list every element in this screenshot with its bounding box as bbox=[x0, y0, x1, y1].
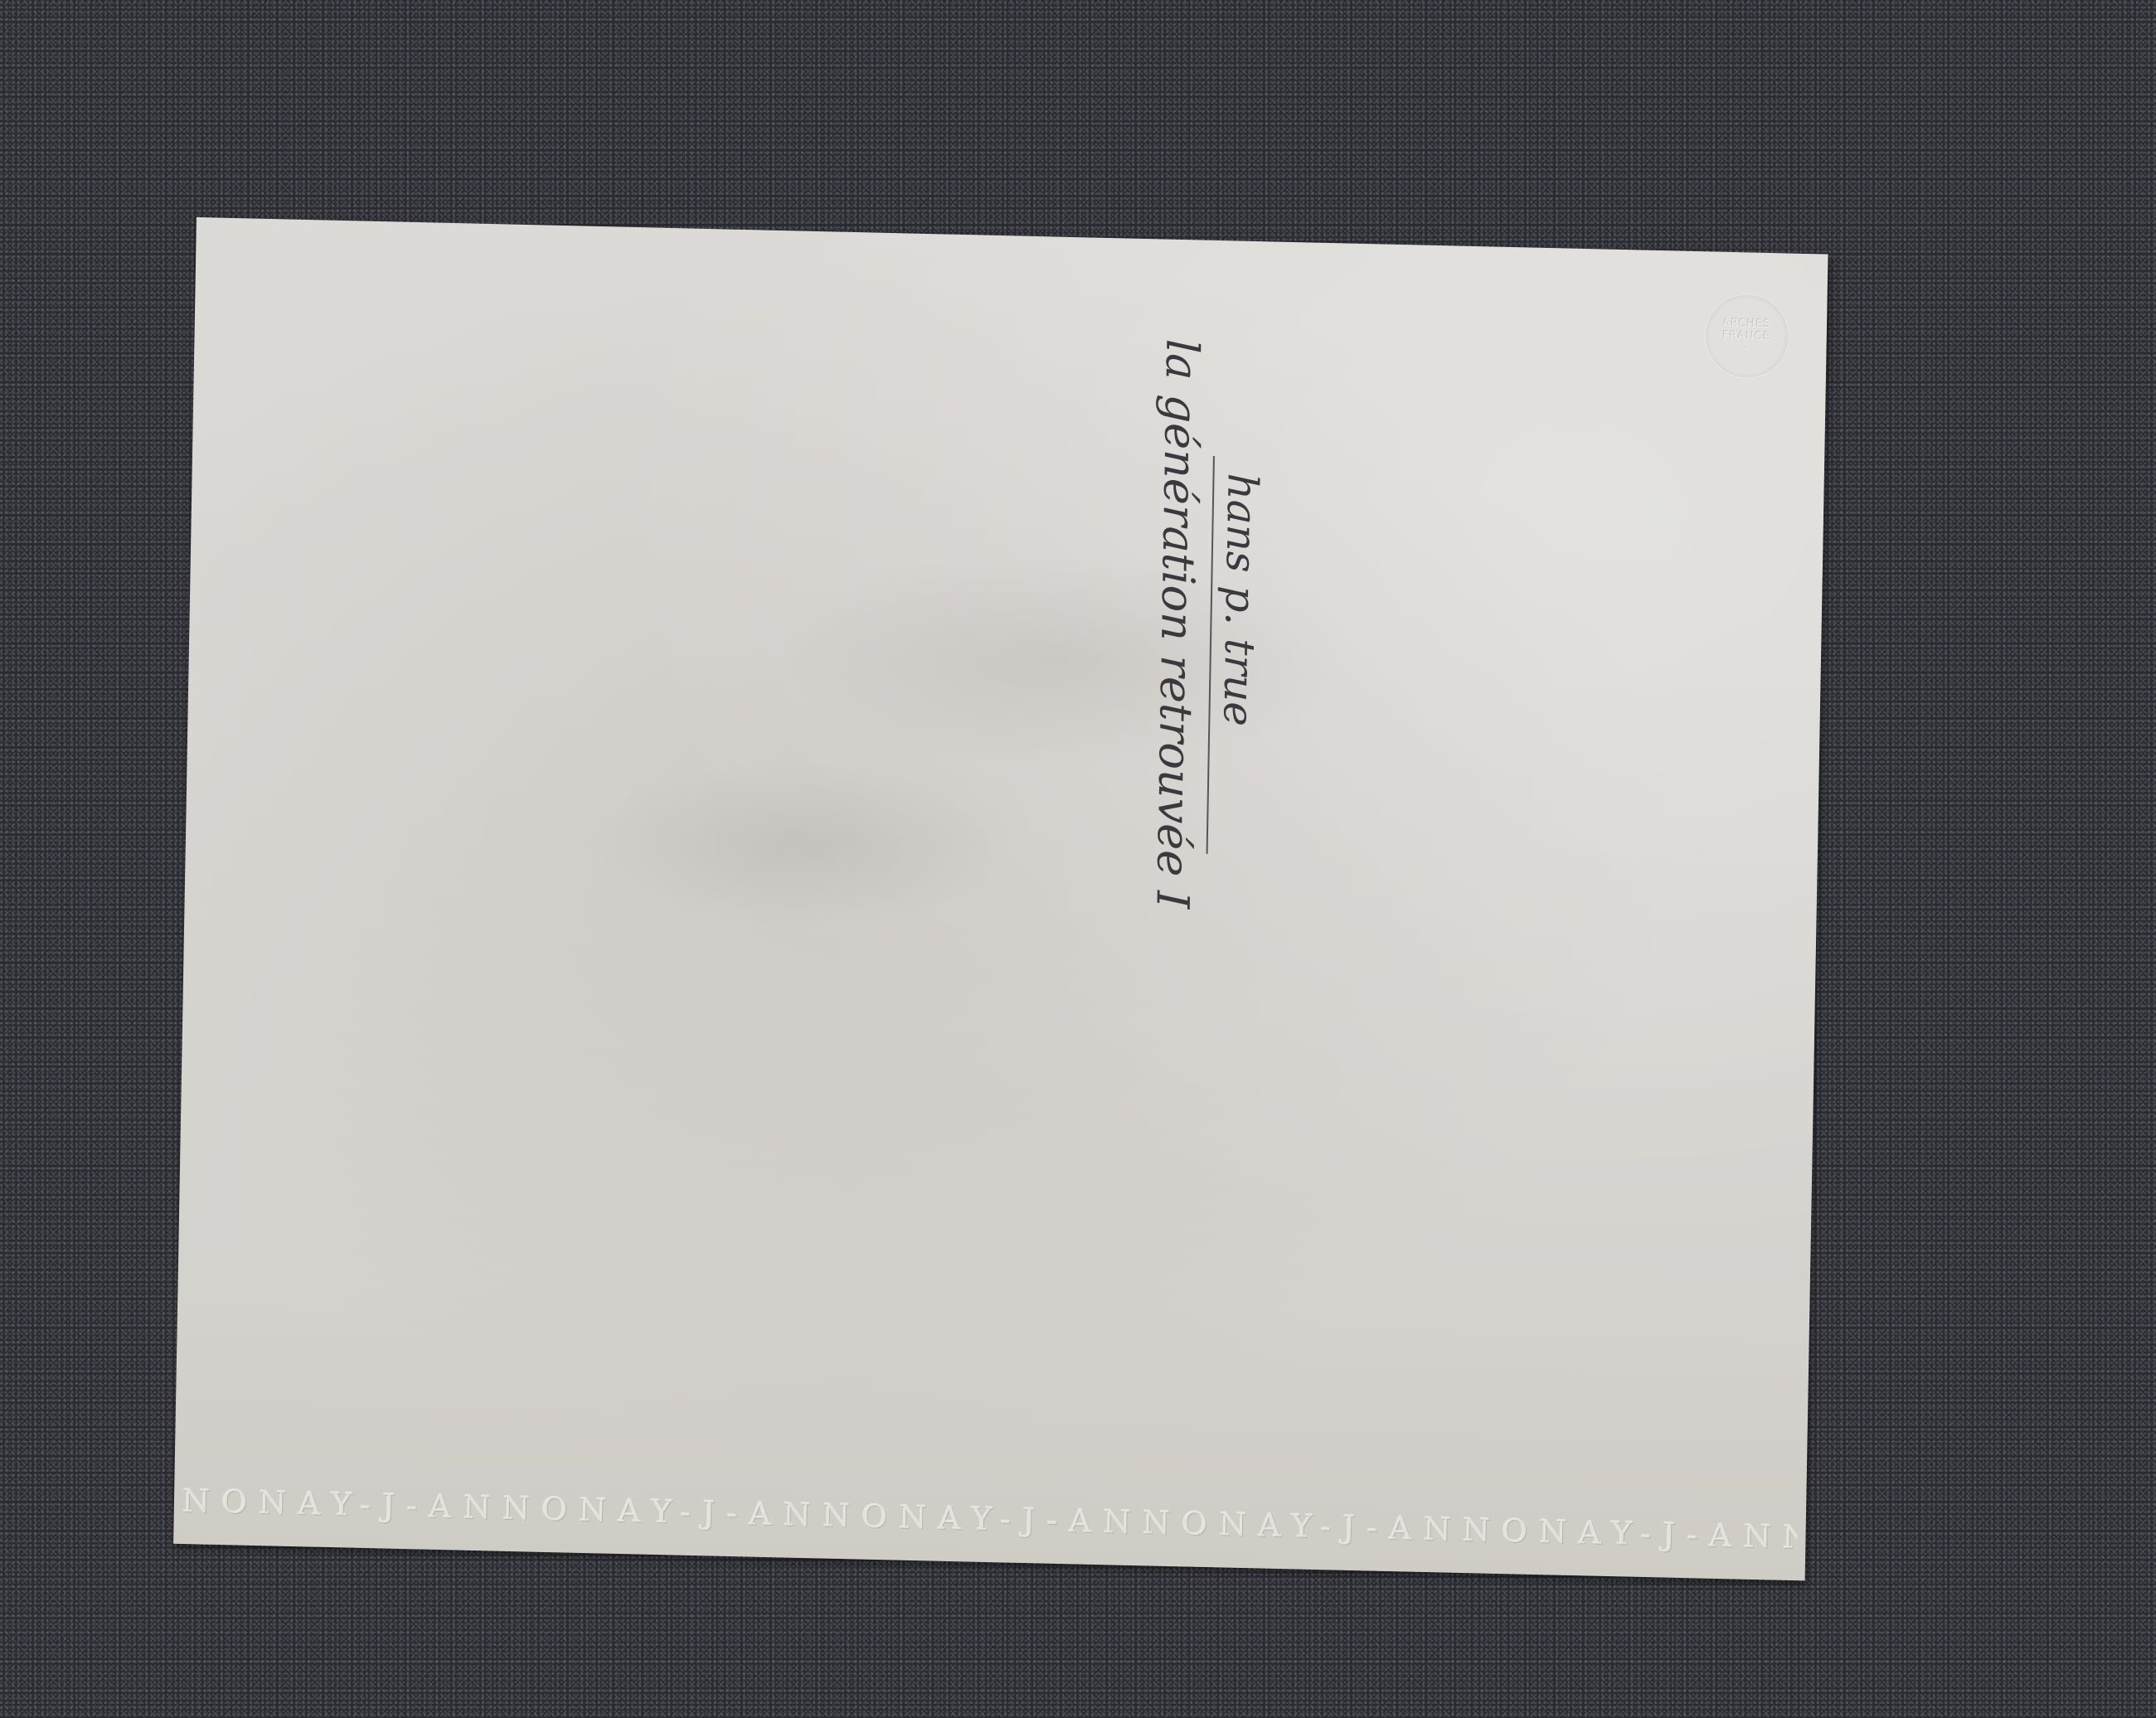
stamp-line: ARCHES bbox=[1723, 317, 1772, 330]
handwritten-annotation: hans p. true la génération retrouvée I bbox=[1148, 338, 1271, 910]
embossed-watermark: NONAY-J-ANNONAY-J-ANNONAY-J-ANNONAY-J-AN… bbox=[182, 1483, 1798, 1555]
stamp-line: FRANCE bbox=[1723, 329, 1771, 342]
handwriting-line-1: hans p. true bbox=[1215, 473, 1265, 727]
handwriting-line-2: la génération retrouvée I bbox=[1148, 338, 1207, 909]
emboss-stamp: ARCHES FRANCE · bbox=[1704, 293, 1790, 379]
handwriting-underline bbox=[1206, 456, 1214, 854]
paper-sheet: ARCHES FRANCE · hans p. true la générati… bbox=[173, 217, 1828, 1580]
stamp-line: · bbox=[1745, 342, 1749, 355]
faint-stain bbox=[582, 757, 1016, 933]
